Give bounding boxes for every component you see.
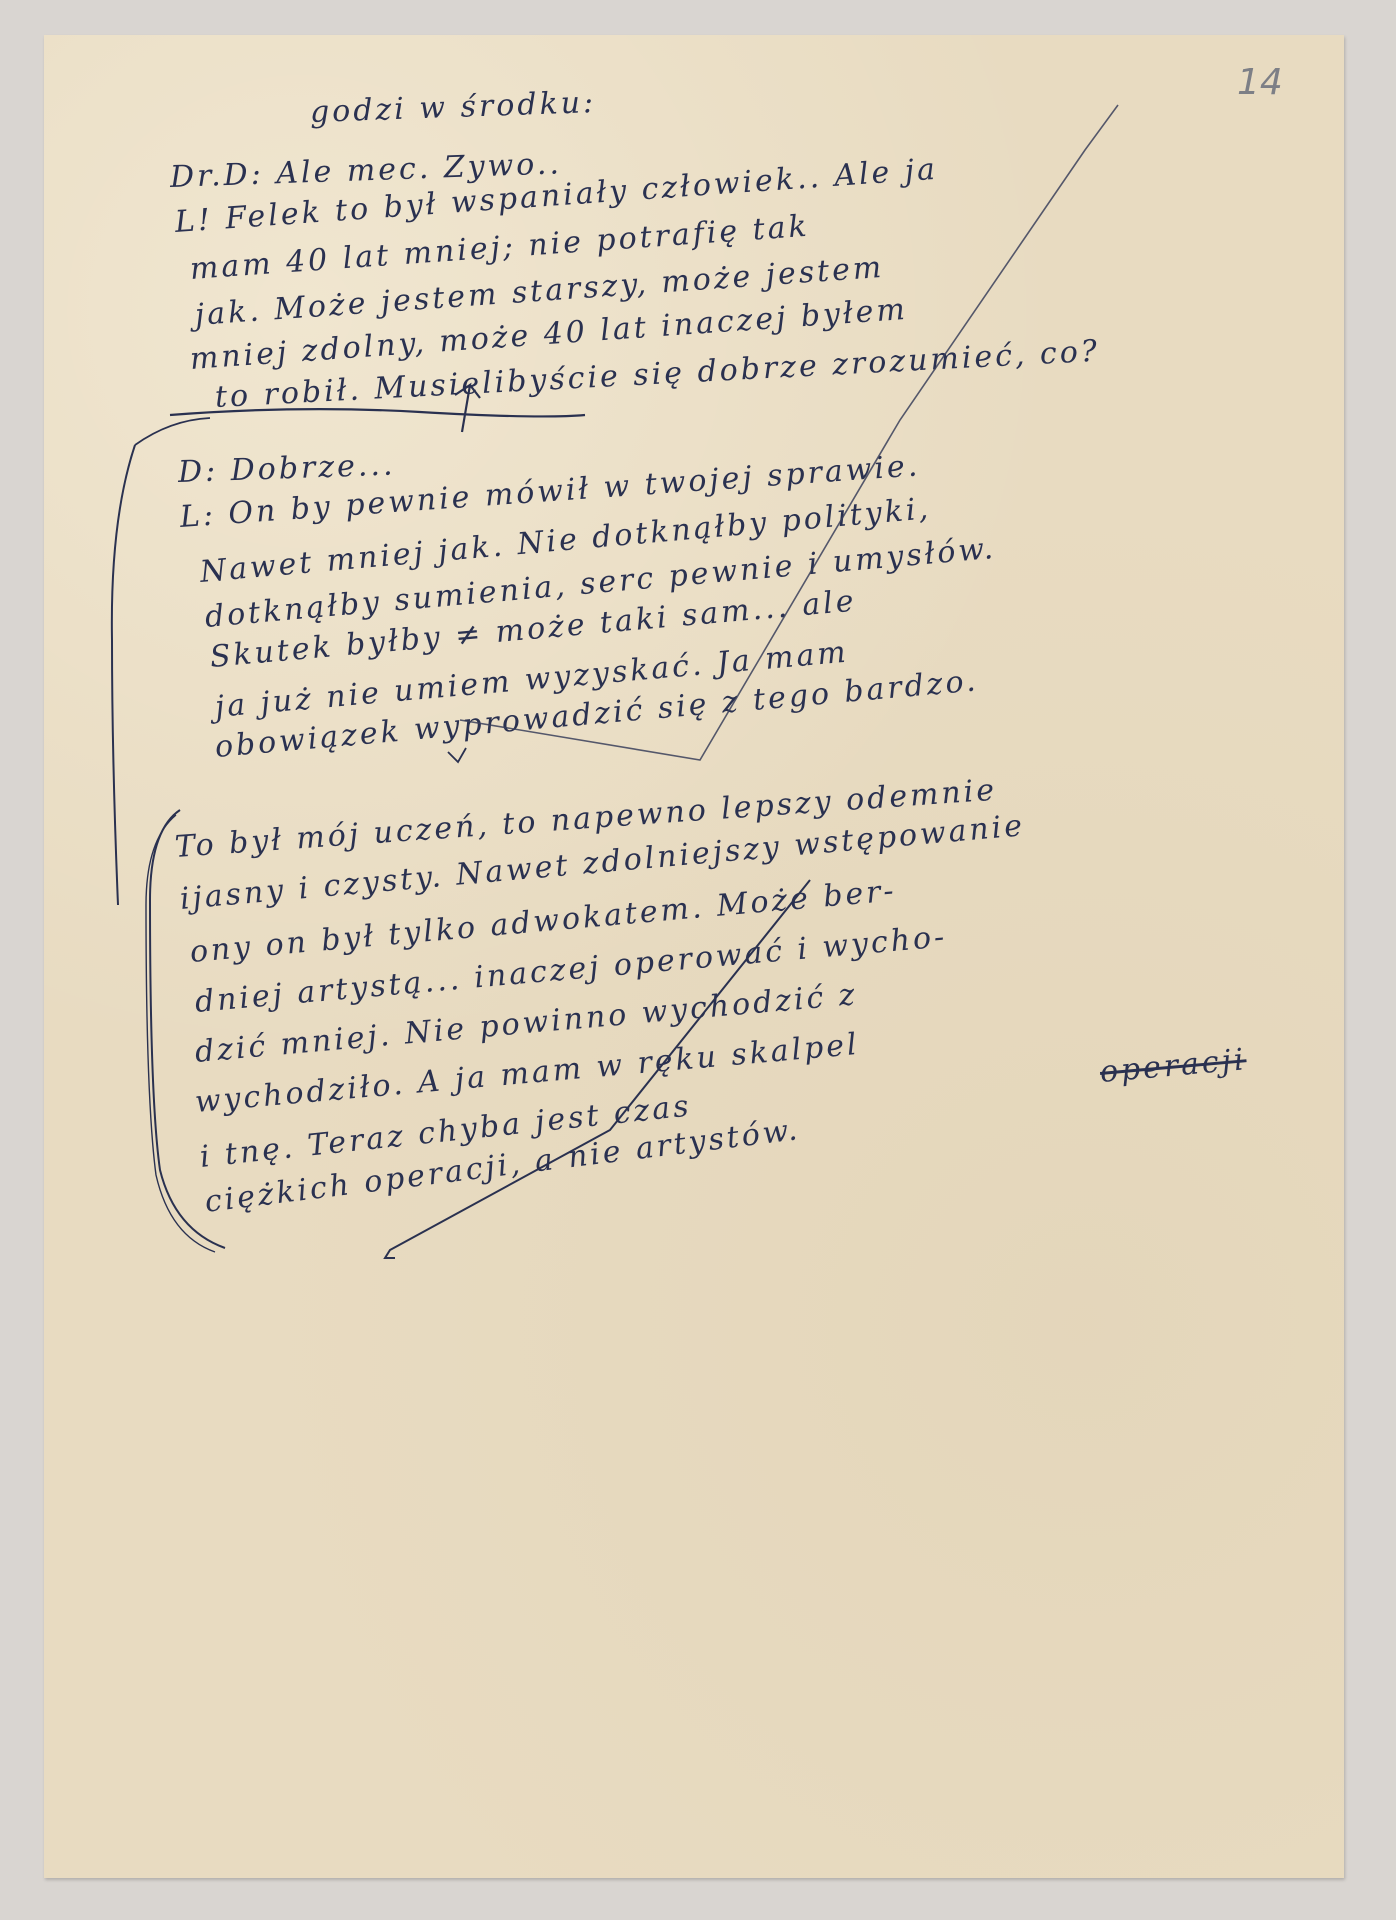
left-bracket-upper-top <box>135 418 210 445</box>
left-bracket-lower-2 <box>146 815 215 1252</box>
diagonal-strike-line-lower <box>385 880 810 1258</box>
insert-mark <box>448 748 466 762</box>
left-bracket-upper <box>112 445 135 905</box>
ink-marks <box>0 0 1396 1920</box>
insert-arrow <box>455 385 480 432</box>
diagonal-strike-line <box>460 105 1118 760</box>
section-separator <box>170 409 585 416</box>
left-bracket-lower <box>150 810 225 1248</box>
